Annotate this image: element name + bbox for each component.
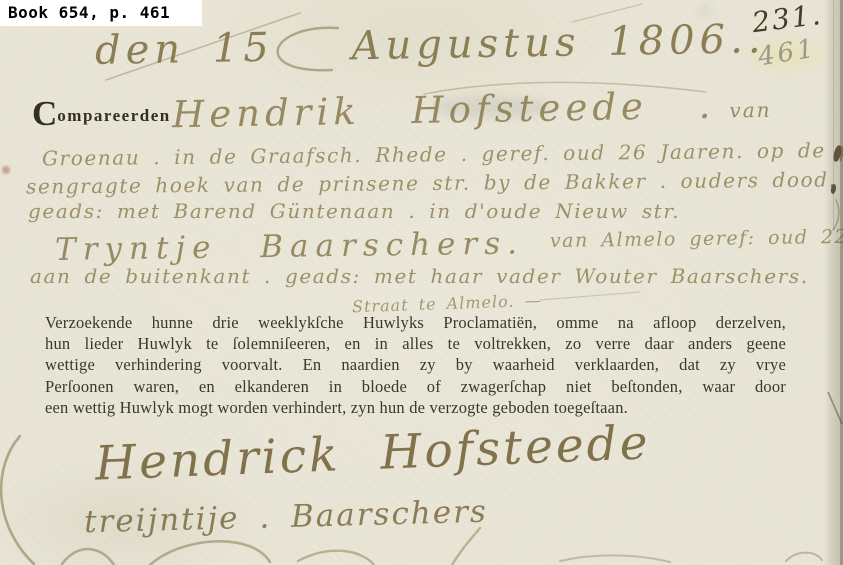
hand-line-3: geads: met Barend Güntenaan . in d'oude … (28, 199, 680, 223)
paragraph-line: wettige verhindering voorvalt. En naardi… (45, 354, 786, 375)
groom-suffix: van (729, 98, 772, 123)
scanned-marriage-record: 231. 461 den 15Augustus 1806.. Compareer… (0, 0, 843, 565)
paragraph-line: Verzoekende hunne drie weeklykſche Huwly… (45, 312, 786, 333)
printed-paragraph: Verzoekende hunne drie weeklykſche Huwly… (45, 312, 786, 418)
paragraph-line: een wettig Huwlyk mogt worden verhindert… (45, 397, 786, 418)
bride-name-line: Tryntje Baarschers. van Almelo geref: ou… (55, 220, 843, 268)
bride-name: Tryntje Baarschers. (55, 225, 524, 268)
red-speck (2, 166, 10, 174)
hand-line-1: Groenau . in de Graafsch. Rhede . geref.… (42, 138, 843, 171)
printed-lead-word: Compareerden (32, 96, 171, 131)
lead-initial: C (32, 94, 57, 133)
bottom-signature-stroke (150, 541, 270, 565)
bottom-signature-stroke (298, 551, 374, 565)
paragraph-line: Perſoonen waren, en elkanderen in bloede… (45, 376, 786, 397)
date-month-year: Augustus 1806.. (351, 16, 766, 69)
bride-line-2: aan de buitenkant . geads: met haar vade… (30, 264, 809, 288)
bride-detail: van Almelo geref: oud 22 Jaar (550, 225, 843, 252)
paper-speck (700, 8, 710, 14)
interline-strike (540, 292, 640, 300)
signature-bride: treijntije . Baarschers (84, 494, 489, 541)
left-edge-flourish (1, 436, 34, 564)
signature-groom: Hendrick Hofsteede (94, 415, 651, 491)
groom-name-line: Hendrik Hofsteede .van (172, 83, 772, 136)
bottom-signature-stroke (560, 555, 670, 562)
date-day: den 15 (95, 25, 274, 74)
bottom-signature-stroke (786, 553, 822, 561)
hand-line-2: sengragte hoek van de prinsene str. by d… (26, 167, 837, 198)
book-page-label: Book 654, p. 461 (8, 3, 170, 22)
lead-rest: ompareerden (57, 106, 170, 125)
paragraph-line: hun lieder Huwlyk te ſolemniſeeren, en i… (45, 333, 786, 354)
date-flourish-gap (274, 59, 352, 60)
bottom-signature-stroke (452, 528, 480, 565)
groom-name: Hendrik Hofsteede . (172, 84, 716, 136)
bottom-signature-stroke (62, 549, 114, 565)
